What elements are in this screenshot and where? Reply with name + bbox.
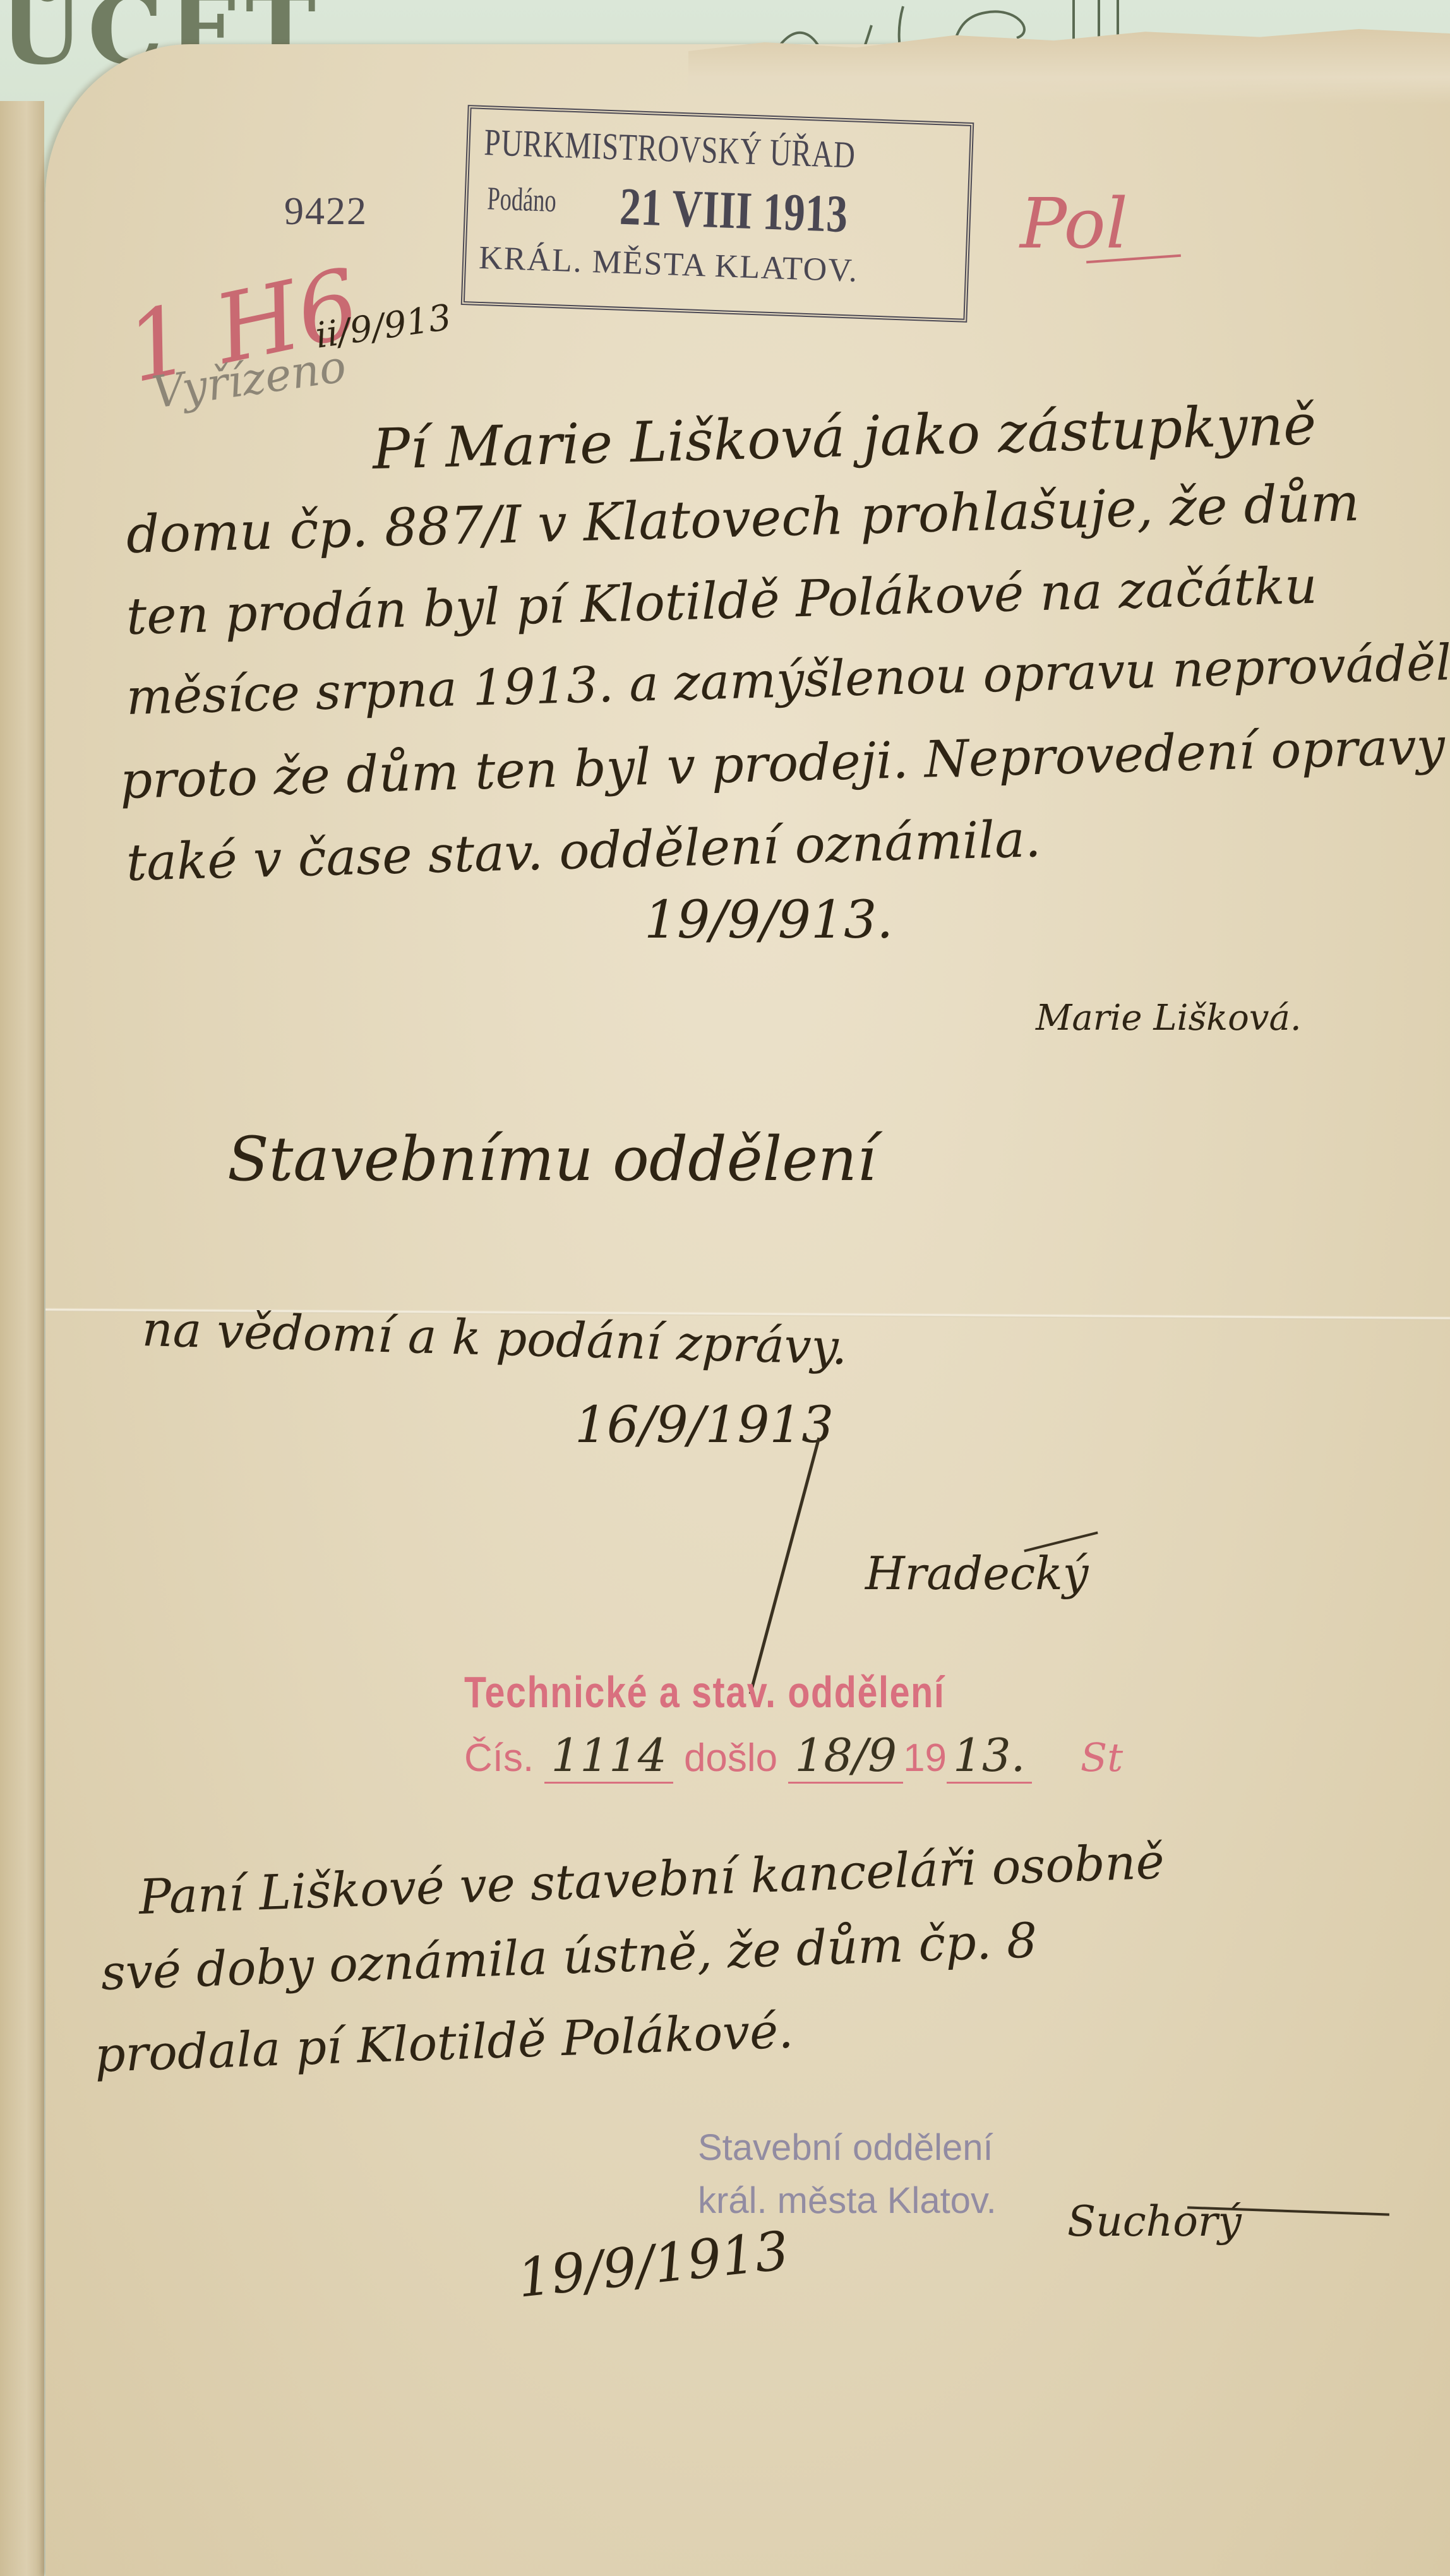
doslo-value: 18/9 [794,1729,897,1782]
cis-value: 1114 [551,1729,666,1782]
binder-edge [0,101,44,2576]
building-dept-stamp-line1: Stavební oddělení [698,2121,997,2174]
year-value: 13. [953,1729,1026,1782]
letter-date: 19/9/913. [644,890,893,950]
stamp-town: KRÁL. MĚSTA KLATOV. [478,239,859,290]
stamp-podano-label: Podáno [487,180,557,220]
cis-label: Čís. [464,1736,534,1780]
red-pencil-initials: Pol [1020,183,1128,264]
building-dept-stamp: Stavební oddělení král. města Klatov. [698,2121,997,2227]
year-prefix: 19 [903,1736,947,1780]
registry-stamp: PURKMISTROVSKÝ ÚŘAD Podáno 21 VIII 1913 … [461,105,974,323]
stamp-date: 21 VIII 1913 [619,176,849,246]
stamp-office-name: PURKMISTROVSKÝ ÚŘAD [484,121,856,177]
technical-stamp-title: Technické a stav. oddělení [464,1667,1004,1717]
letter-signature: Marie Lišková. [1036,998,1302,1039]
referral-signature: Hradecký [865,1547,1088,1600]
stamp-initials: St [1081,1734,1123,1780]
technical-dept-stamp: Technické a stav. oddělení Čís. 1114 doš… [464,1667,1123,1784]
final-signature: Suchorý [1067,2197,1242,2246]
building-dept-stamp-line2: král. města Klatov. [698,2174,997,2227]
doslo-label: došlo [684,1736,777,1780]
registration-number: 9422 [284,189,368,234]
technical-stamp-fields: Čís. 1114 došlo 18/91913. St [464,1729,1123,1784]
referral-addressee: Stavebnímu oddělení [227,1124,877,1195]
referral-date: 16/9/1913 [575,1395,834,1454]
